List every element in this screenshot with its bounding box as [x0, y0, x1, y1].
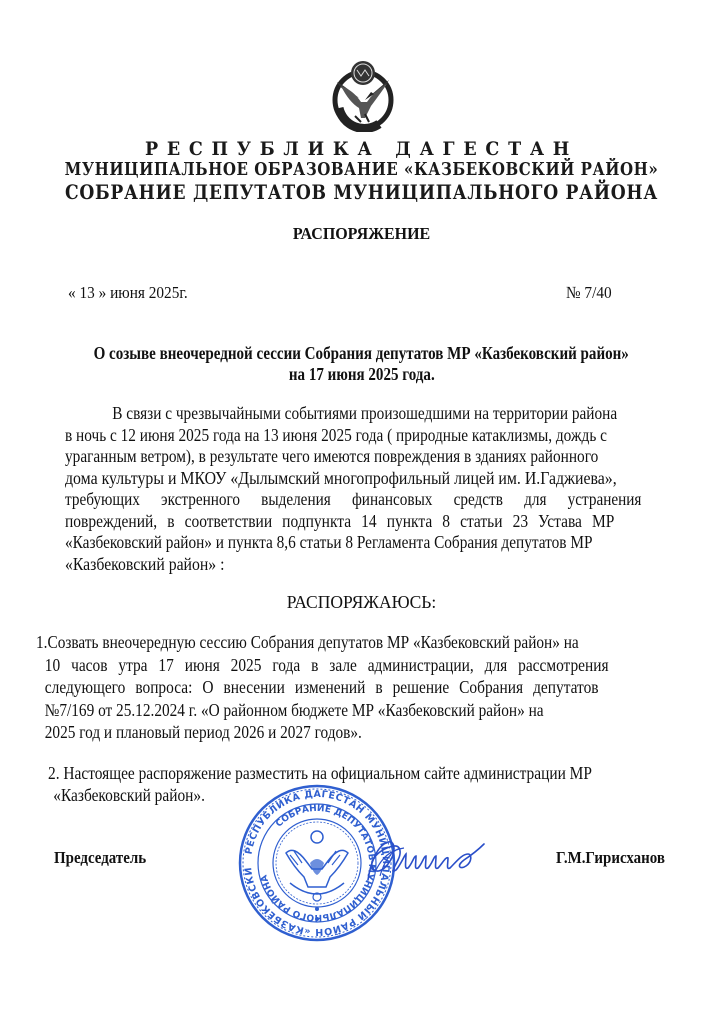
- header-republic: РЕСПУБЛИКА ДАГЕСТАН: [29, 138, 694, 160]
- signature-icon: [360, 836, 490, 886]
- district-emblem: [331, 56, 395, 132]
- order-item-1: 1.Созвать внеочередную сессию Собрания д…: [36, 631, 690, 744]
- preamble-line: В связи с чрезвычайными событиями произо…: [65, 403, 612, 425]
- preamble-line: «Казбековский район» и пункта 8,6 статьи…: [65, 532, 612, 554]
- signatory-title: Председатель: [54, 848, 146, 868]
- preamble-line: «Казбековский район» :: [65, 554, 628, 576]
- order-item-line: 2. Настоящее распоряжение разместить на …: [48, 762, 616, 784]
- signatory-name: Г.М.Гирисханов: [556, 848, 665, 868]
- preamble-line: ураганным ветром), в результате чего име…: [65, 446, 612, 468]
- order-heading: РАСПОРЯЖАЮСЬ:: [0, 592, 723, 613]
- preamble-line: в ночь с 12 июня 2025 года на 13 июня 20…: [65, 425, 612, 447]
- order-item-line: №7/169 от 25.12.2024 г. «О районном бюдж…: [36, 699, 608, 722]
- preamble-paragraph: В связи с чрезвычайными событиями произо…: [65, 403, 690, 575]
- order-item-line: 1.Созвать внеочередную сессию Собрания д…: [36, 631, 608, 654]
- order-item-line: 2025 год и плановый период 2026 и 2027 г…: [36, 721, 608, 744]
- document-type-title: РАСПОРЯЖЕНИЕ: [22, 224, 702, 244]
- document-date: « 13 » июня 2025г.: [68, 283, 188, 303]
- preamble-line: дома культуры и МКОУ «Дылымский многопро…: [65, 468, 631, 490]
- document-number: № 7/40: [566, 283, 612, 303]
- preamble-line: повреждений, в соответствии подпункта 14…: [65, 511, 618, 533]
- order-item-line: следующего вопроса: О внесении изменений…: [36, 676, 612, 699]
- header-assembly: СОБРАНИЕ ДЕПУТАТОВ МУНИЦИПАЛЬНОГО РАЙОНА: [43, 181, 679, 204]
- subject-line: на 17 июня 2025 года.: [289, 364, 435, 385]
- eagle-coat-of-arms-icon: [331, 56, 395, 132]
- order-item-line: 10 часов утра 17 июня 2025 года в зале а…: [36, 654, 612, 677]
- document-subject: О созыве внеочередной сессии Собрания де…: [0, 343, 723, 385]
- subject-line: О созыве внеочередной сессии Собрания де…: [94, 343, 629, 364]
- preamble-line: требующих экстренного выделения финансов…: [65, 489, 609, 511]
- header-municipal-formation: МУНИЦИПАЛЬНОЕ ОБРАЗОВАНИЕ «КАЗБЕКОВСКИЙ …: [51, 160, 673, 180]
- handwritten-signature: [360, 836, 490, 886]
